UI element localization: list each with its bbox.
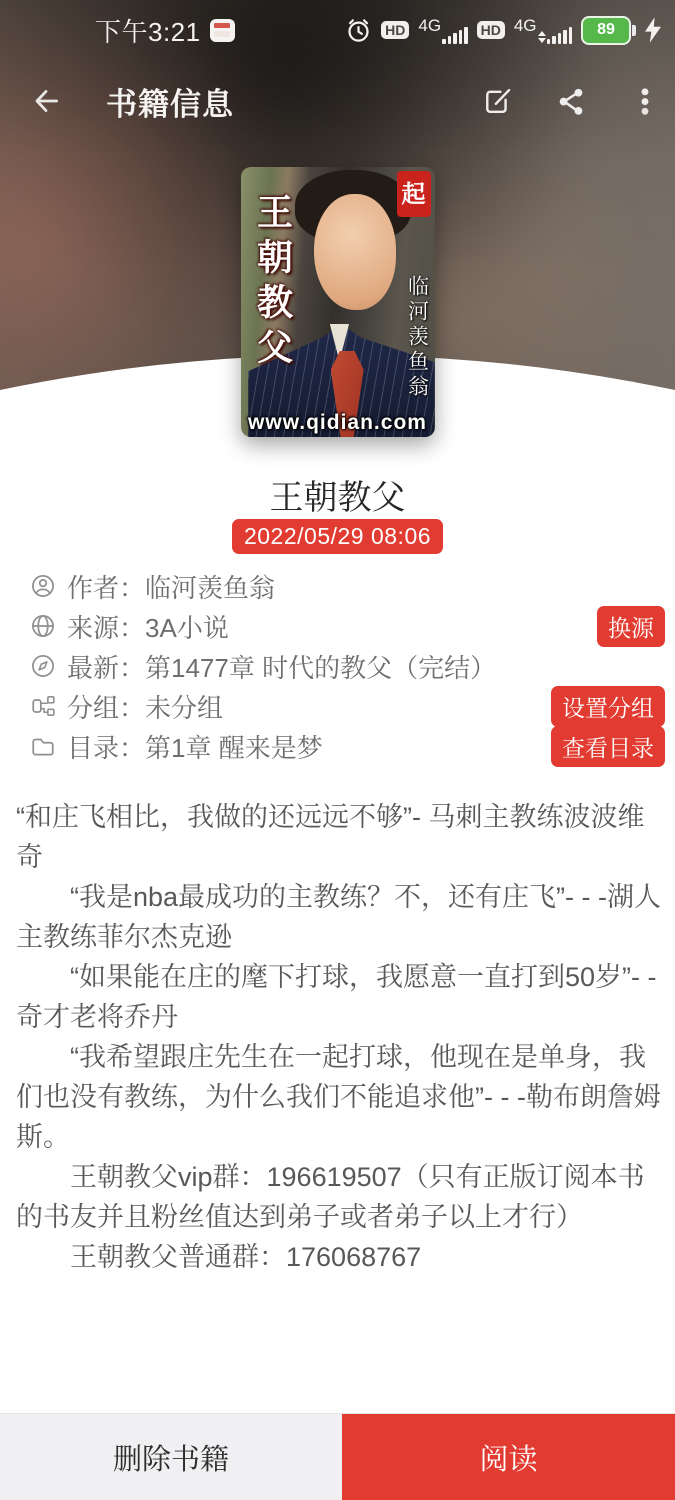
globe-icon xyxy=(30,613,56,639)
cover-title-text: 王朝教父 xyxy=(248,193,299,373)
description-paragraph: “如果能在庄的麾下打球，我愿意一直打到50岁”- - 奇才老将乔丹 xyxy=(16,957,662,1037)
book-cover[interactable]: 王朝教父 临河羡鱼翁 起 www.qidian.com xyxy=(241,167,435,437)
update-time-badge: 2022/05/29 08:06 xyxy=(232,519,443,554)
book-info-screen: 下午3:21 HD 4G HD 4G xyxy=(0,0,675,1500)
app-bar: 书籍信息 xyxy=(0,72,675,130)
battery-icon: 89 xyxy=(581,16,636,45)
signal-sim2: 4G xyxy=(514,17,572,44)
data-activity-icon xyxy=(538,31,546,43)
info-list: 作者：临河羡鱼翁 来源：3A小说 换源 最新：第1477章 时代的教父（完结） xyxy=(0,566,675,766)
read-button[interactable]: 阅读 xyxy=(342,1414,675,1500)
group-value: 未分组 xyxy=(145,693,223,723)
hd-voice-icon-2: HD xyxy=(477,21,505,39)
status-bar: 下午3:21 HD 4G HD 4G xyxy=(0,0,675,60)
kebab-menu-icon xyxy=(629,85,661,117)
latest-chapter-label: 最新：第1477章 时代的教父（完结） xyxy=(67,648,496,685)
description-paragraph: 王朝教父普通群：176068767 xyxy=(16,1237,662,1277)
charging-bolt-icon xyxy=(645,17,661,43)
description-paragraph: “和庄飞相比，我做的还远远不够”- 马刺主教练波波维奇 xyxy=(16,797,662,877)
delete-book-button[interactable]: 删除书籍 xyxy=(0,1414,342,1500)
catalog-value: 第1章 醒来是梦 xyxy=(145,733,323,763)
edit-button[interactable] xyxy=(479,83,515,119)
group-label: 分组：未分组 xyxy=(67,688,223,725)
signal-sim1: 4G xyxy=(418,17,467,44)
cover-author-text: 临河羡鱼翁 xyxy=(402,275,432,400)
book-description: “和庄飞相比，我做的还远远不够”- 马刺主教练波波维奇 “我是nba最成功的主教… xyxy=(16,797,662,1277)
back-button[interactable] xyxy=(28,83,64,119)
qidian-badge: 起 xyxy=(397,171,431,217)
source-value: 3A小说 xyxy=(145,613,229,643)
more-menu-button[interactable] xyxy=(627,83,663,119)
app-notification-icon xyxy=(210,19,235,42)
alarm-icon xyxy=(345,17,372,44)
cover-portrait-face xyxy=(314,194,395,310)
group-row: 分组：未分组 设置分组 xyxy=(0,686,675,726)
group-icon xyxy=(30,693,56,719)
latest-chapter-value: 第1477章 时代的教父（完结） xyxy=(145,653,496,683)
change-source-button[interactable]: 换源 xyxy=(597,606,665,647)
bottom-action-bar: 删除书籍 阅读 xyxy=(0,1413,675,1500)
description-paragraph: “我希望跟庄先生在一起打球，他现在是单身，我们也没有教练，为什么我们不能追求他”… xyxy=(16,1037,662,1157)
signal-bars-icon xyxy=(442,27,468,44)
view-catalog-button[interactable]: 查看目录 xyxy=(551,726,665,767)
clock-time: 下午3:21 xyxy=(95,12,201,49)
catalog-row: 目录：第1章 醒来是梦 查看目录 xyxy=(0,726,675,766)
network-type-label-2: 4G xyxy=(514,17,537,34)
set-group-button[interactable]: 设置分组 xyxy=(551,686,665,727)
network-type-label: 4G xyxy=(418,17,441,34)
share-button[interactable] xyxy=(553,83,589,119)
author-value: 临河羡鱼翁 xyxy=(145,573,275,603)
catalog-label: 目录：第1章 醒来是梦 xyxy=(67,728,323,765)
source-row: 来源：3A小说 换源 xyxy=(0,606,675,646)
book-title: 王朝教父 xyxy=(0,470,675,519)
person-icon xyxy=(30,573,56,599)
latest-chapter-row: 最新：第1477章 时代的教父（完结） xyxy=(0,646,675,686)
cover-watermark: www.qidian.com xyxy=(241,411,435,435)
signal-bars-icon-2 xyxy=(547,27,573,44)
author-row: 作者：临河羡鱼翁 xyxy=(0,566,675,606)
description-paragraph: “我是nba最成功的主教练？不，还有庄飞”- - -湖人主教练菲尔杰克逊 xyxy=(16,877,662,957)
back-arrow-icon xyxy=(29,84,63,118)
battery-percent: 89 xyxy=(581,16,631,45)
description-paragraph: 王朝教父vip群：196619507（只有正版订阅本书的书友并且粉丝值达到弟子或… xyxy=(16,1157,662,1237)
hd-voice-icon: HD xyxy=(381,21,409,39)
author-label: 作者：临河羡鱼翁 xyxy=(67,568,275,605)
compass-icon xyxy=(30,653,56,679)
edit-icon xyxy=(481,85,513,117)
page-title: 书籍信息 xyxy=(106,79,234,124)
source-label: 来源：3A小说 xyxy=(67,608,229,645)
folder-icon xyxy=(30,733,56,759)
share-icon xyxy=(555,85,587,117)
